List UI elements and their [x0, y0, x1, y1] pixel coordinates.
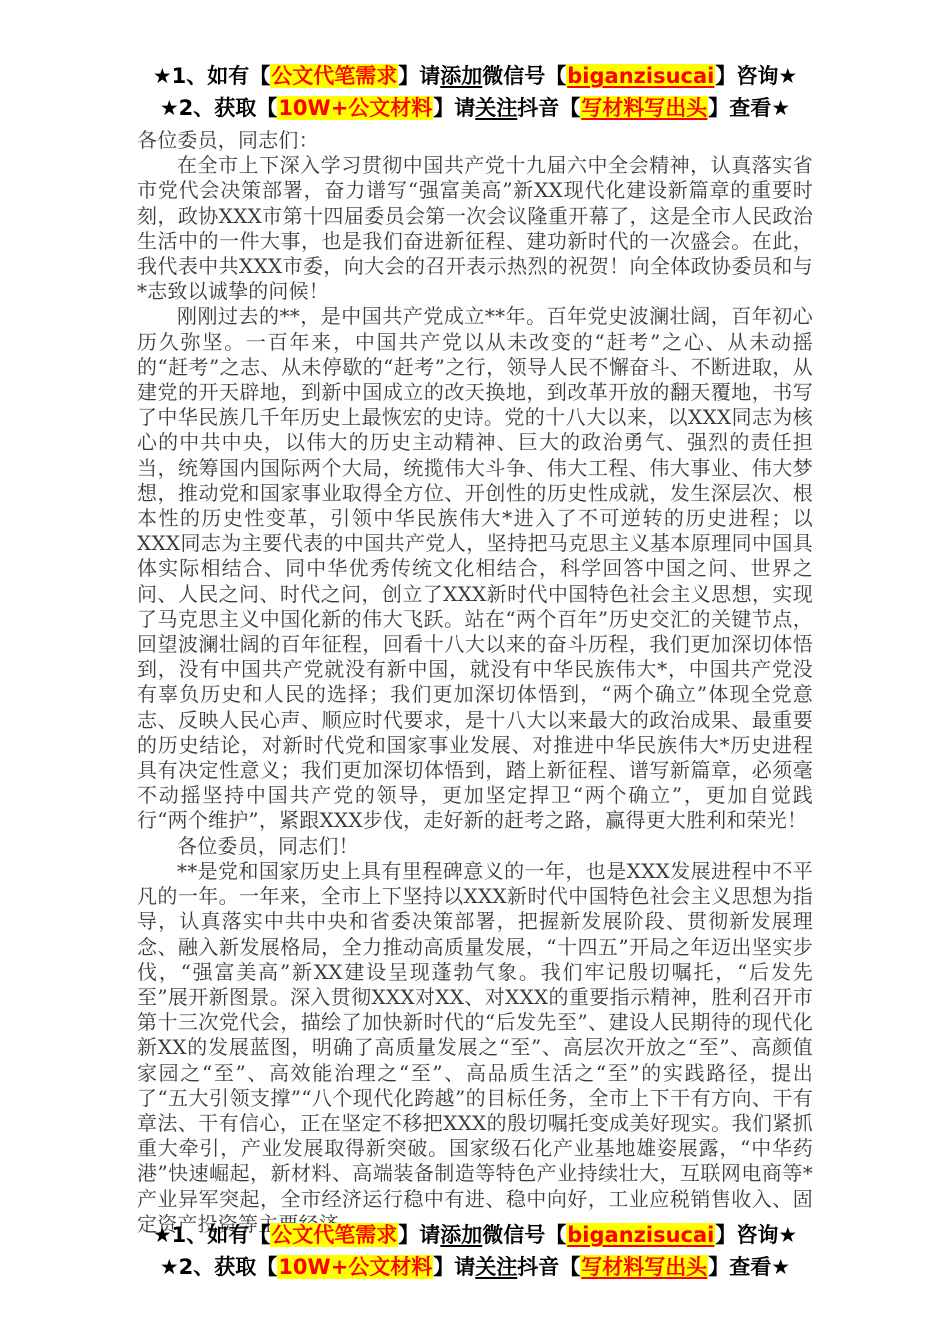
promo-wechat-id: biganzisucai: [566, 64, 715, 88]
promo-header-line-1: ★1、如有【公文代笔需求】请添加微信号【biganzisucai】咨询★: [0, 60, 950, 92]
promo-highlight-keyword: 10W+公文材料: [277, 96, 433, 120]
promo-text-segment: 】咨询★: [715, 1223, 797, 1247]
promo-text-segment: ★2、获取【: [160, 96, 277, 120]
paragraph-year-review: **是党和国家历史上具有里程碑意义的一年，也是XXX发展进程中不平凡的一年。一年…: [137, 859, 813, 1237]
promo-text-segment: 】咨询★: [715, 64, 797, 88]
promo-text-segment: ★2、获取【: [160, 1255, 277, 1279]
promo-highlight-keyword: 公文代笔需求: [270, 64, 398, 88]
promo-text-segment: 】请: [433, 1255, 475, 1279]
document-body: 各位委员，同志们： 在全市上下深入学习贯彻中国共产党十九届六中全会精神，认真落实…: [137, 128, 813, 1237]
promo-text-segment: 微信号【: [482, 1223, 566, 1247]
promo-header-line-2: ★2、获取【10W+公文材料】请关注抖音【写材料写出头】查看★: [0, 92, 950, 124]
promo-text-segment: 】查看★: [708, 96, 790, 120]
promo-text-segment: 】查看★: [708, 1255, 790, 1279]
promo-douyin-id: 写材料写出头: [580, 1255, 708, 1279]
promo-underline-action: 添加: [440, 1223, 482, 1247]
promo-footer-line-1: ★1、如有【公文代笔需求】请添加微信号【biganzisucai】咨询★: [0, 1219, 950, 1251]
promo-highlight-keyword: 公文代笔需求: [270, 1223, 398, 1247]
promo-text-segment: ★1、如有【: [153, 1223, 270, 1247]
promo-banner-footer: ★1、如有【公文代笔需求】请添加微信号【biganzisucai】咨询★ ★2、…: [0, 1219, 950, 1283]
paragraph-salutation: 各位委员，同志们：: [137, 128, 813, 153]
promo-underline-action: 关注: [475, 1255, 517, 1279]
paragraph-salutation-2: 各位委员，同志们！: [137, 834, 813, 859]
promo-text-segment: ★1、如有【: [153, 64, 270, 88]
promo-text-segment: 】请: [398, 64, 440, 88]
promo-text-segment: 】请: [433, 96, 475, 120]
promo-banner-header: ★1、如有【公文代笔需求】请添加微信号【biganzisucai】咨询★ ★2、…: [0, 0, 950, 124]
promo-footer-line-2: ★2、获取【10W+公文材料】请关注抖音【写材料写出头】查看★: [0, 1251, 950, 1283]
promo-text-segment: 抖音【: [517, 96, 580, 120]
promo-text-segment: 抖音【: [517, 1255, 580, 1279]
promo-douyin-id: 写材料写出头: [580, 96, 708, 120]
promo-text-segment: 】请: [398, 1223, 440, 1247]
promo-wechat-id: biganzisucai: [566, 1223, 715, 1247]
paragraph-party-history: 刚刚过去的**，是中国共产党成立**年。百年党史波澜壮阔，百年初心历久弥坚。一百…: [137, 304, 813, 833]
promo-underline-action: 关注: [475, 96, 517, 120]
document-page: ★1、如有【公文代笔需求】请添加微信号【biganzisucai】咨询★ ★2、…: [0, 0, 950, 1344]
paragraph-opening: 在全市上下深入学习贯彻中国共产党十九届六中全会精神，认真落实省市党代会决策部署，…: [137, 153, 813, 304]
promo-text-segment: 微信号【: [482, 64, 566, 88]
promo-underline-action: 添加: [440, 64, 482, 88]
promo-highlight-keyword: 10W+公文材料: [277, 1255, 433, 1279]
